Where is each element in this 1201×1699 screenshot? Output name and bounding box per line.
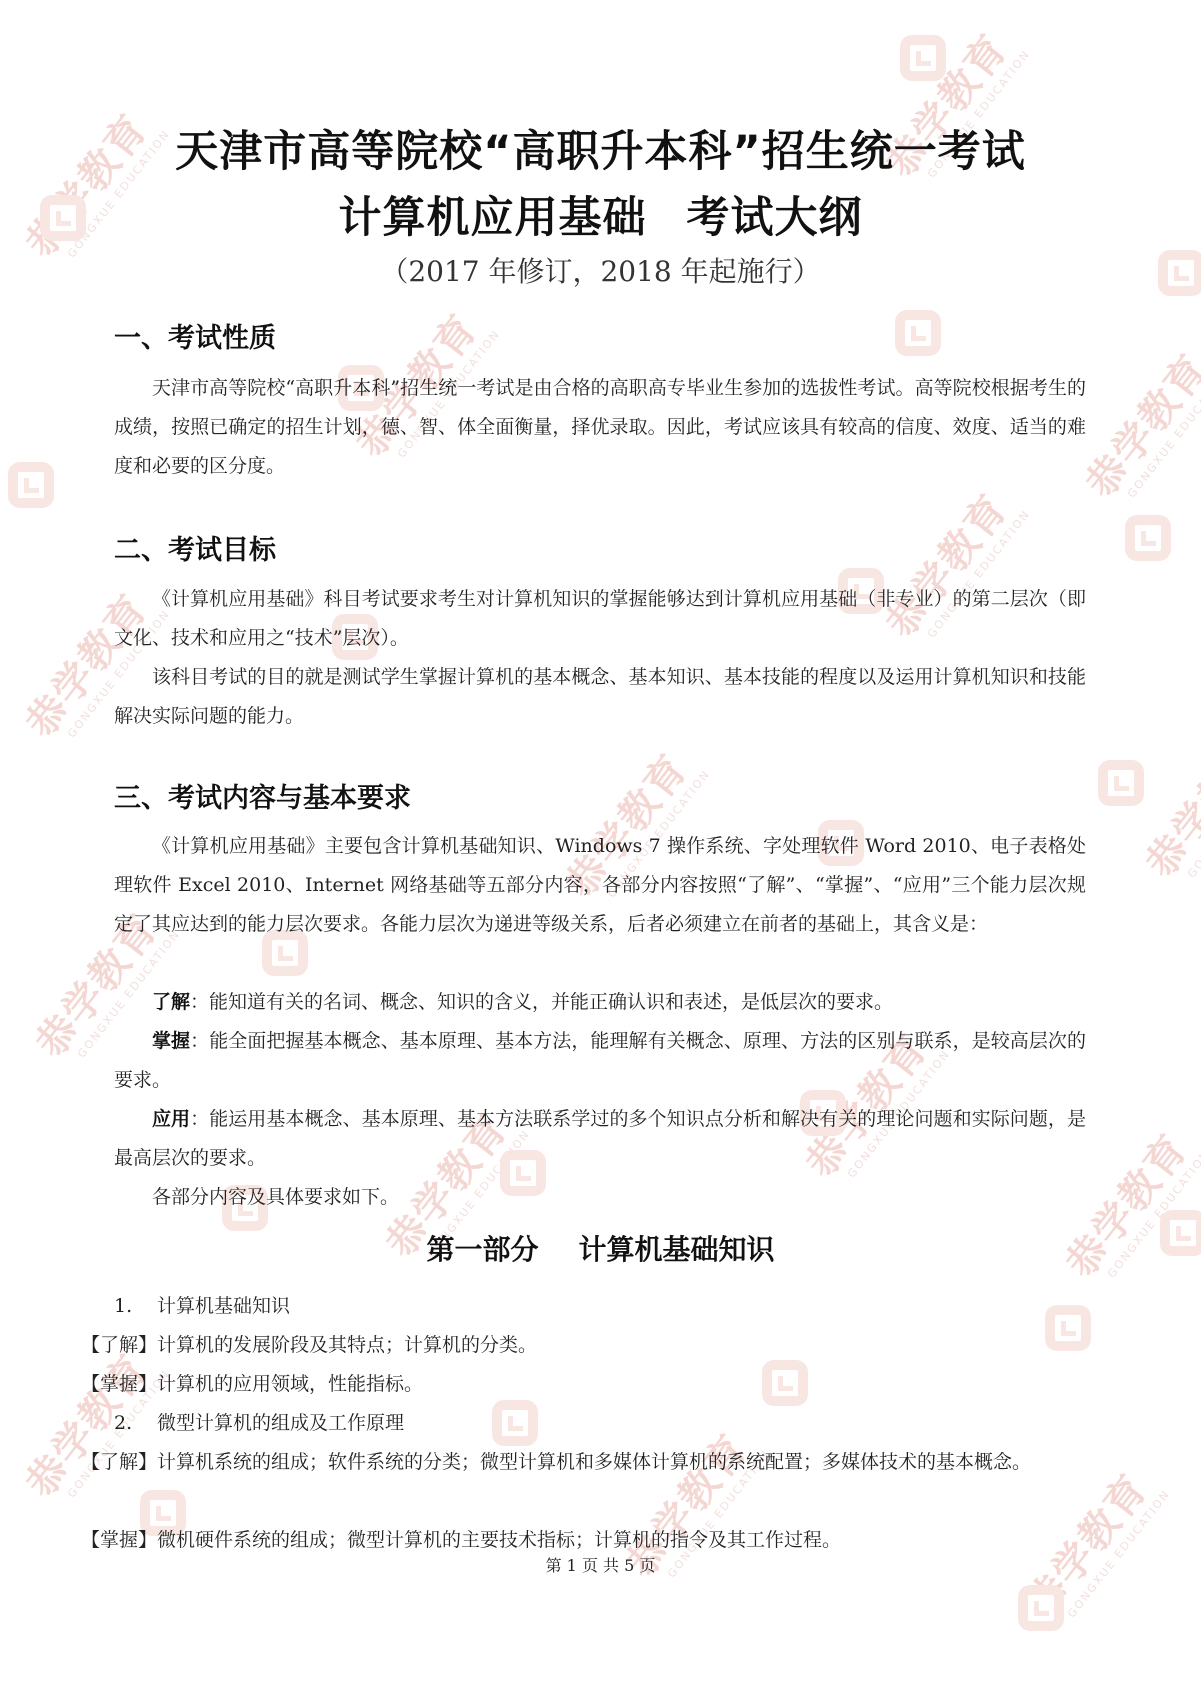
page-number-footer: 第 1 页 共 5 页 <box>0 1553 1201 1576</box>
document-subtitle: （2017 年修订，2018 年起施行） <box>0 250 1201 290</box>
level-description: 能全面把握基本概念、基本原理、基本方法，能理解有关概念、原理、方法的区别与联系，… <box>114 1030 1086 1091</box>
document-page: 天津市高等院校“高职升本科”招生统一考试 计算机应用基础考试大纲 （2017 年… <box>0 0 1201 1699</box>
level-definition-apply: 应用：能运用基本概念、基本原理、基本方法联系学过的多个知识点分析和解决有关的理论… <box>114 1100 1086 1178</box>
level-term: 了解 <box>152 991 190 1013</box>
section-2-paragraph-1: 《计算机应用基础》科目考试要求考生对计算机知识的掌握能够达到计算机应用基础（非专… <box>114 580 1086 658</box>
section-heading-3: 三、考试内容与基本要求 <box>114 776 411 815</box>
level-definition-master: 掌握：能全面把握基本概念、基本原理、基本方法，能理解有关概念、原理、方法的区别与… <box>114 1022 1086 1100</box>
requirement-understand: 【了解】计算机的发展阶段及其特点；计算机的分类。 <box>157 1326 1086 1365</box>
section-3-closing: 各部分内容及具体要求如下。 <box>114 1178 1086 1217</box>
section-1-paragraph: 天津市高等院校“高职升本科”招生统一考试是由合格的高职高专毕业生参加的选拔性考试… <box>114 369 1086 486</box>
requirement-text: 计算机的应用领域，性能指标。 <box>157 1373 423 1395</box>
document-title-line1: 天津市高等院校“高职升本科”招生统一考试 <box>0 118 1201 179</box>
requirement-master: 【掌握】计算机的应用领域，性能指标。 <box>157 1365 1086 1404</box>
section-3-intro-paragraph: 《计算机应用基础》主要包含计算机基础知识、Windows 7 操作系统、字处理软… <box>114 827 1086 944</box>
outline-label: 考试大纲 <box>687 193 863 243</box>
item-title: 微型计算机的组成及工作原理 <box>157 1412 404 1434</box>
requirement-text: 计算机的发展阶段及其特点；计算机的分类。 <box>157 1334 537 1356</box>
level-definition-understand: 了解：能知道有关的名词、概念、知识的含义，并能正确认识和表述，是低层次的要求。 <box>114 983 1086 1022</box>
level-term: 应用 <box>152 1108 190 1130</box>
section-heading-1: 一、考试性质 <box>114 316 276 355</box>
section-2-paragraph-2: 该科目考试的目的就是测试学生掌握计算机的基本概念、基本知识、基本技能的程度以及运… <box>114 658 1086 736</box>
part-name: 计算机基础知识 <box>579 1233 775 1266</box>
item-number: 2. <box>114 1404 157 1443</box>
requirement-text: 计算机系统的组成；软件系统的分类；微型计算机和多媒体计算机的系统配置；多媒体技术… <box>157 1451 1031 1473</box>
requirement-text: 微机硬件系统的组成；微型计算机的主要技术指标；计算机的指令及其工作过程。 <box>157 1529 841 1551</box>
level-description: 能运用基本概念、基本原理、基本方法联系学过的多个知识点分析和解决有关的理论问题和… <box>114 1108 1086 1169</box>
outline-item-1: 1.计算机基础知识 <box>114 1287 1086 1326</box>
item-title: 计算机基础知识 <box>157 1295 290 1317</box>
part-1-title: 第一部分计算机基础知识 <box>0 1228 1201 1268</box>
level-term: 掌握 <box>152 1030 190 1052</box>
requirement-understand: 【了解】计算机系统的组成；软件系统的分类；微型计算机和多媒体计算机的系统配置；多… <box>157 1443 1086 1482</box>
document-title-line2: 计算机应用基础考试大纲 <box>0 184 1201 245</box>
outline-item-2: 2.微型计算机的组成及工作原理 <box>114 1404 1086 1443</box>
section-heading-2: 二、考试目标 <box>114 528 276 567</box>
item-number: 1. <box>114 1287 157 1326</box>
part-label: 第一部分 <box>426 1233 538 1266</box>
subject-name: 计算机应用基础 <box>339 193 647 243</box>
level-description: 能知道有关的名词、概念、知识的含义，并能正确认识和表述，是低层次的要求。 <box>209 991 893 1013</box>
